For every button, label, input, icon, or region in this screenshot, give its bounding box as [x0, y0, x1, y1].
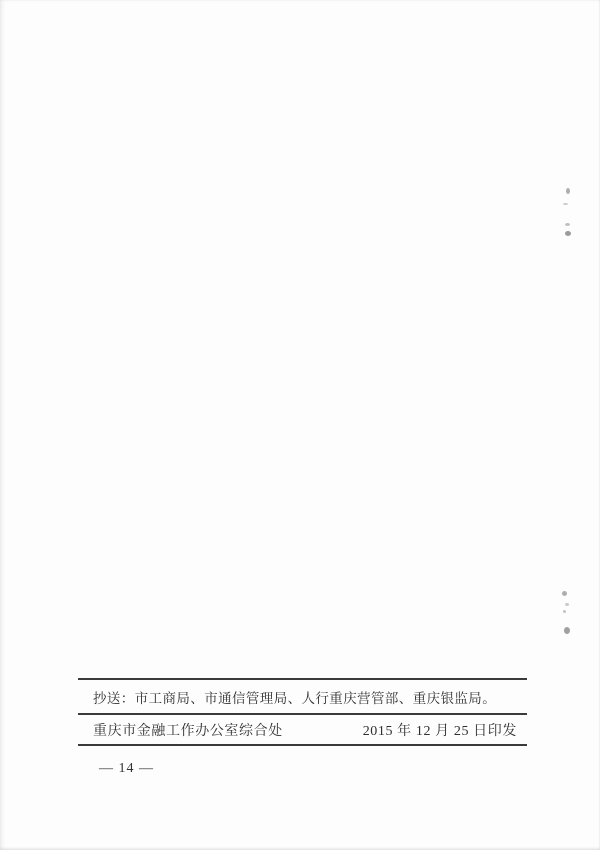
scan-speck: [562, 591, 567, 596]
document-page: 抄送： 市工商局、市通信管理局、人行重庆营管部、重庆银监局。 重庆市金融工作办公…: [0, 0, 600, 850]
document-footer: 抄送： 市工商局、市通信管理局、人行重庆营管部、重庆银监局。 重庆市金融工作办公…: [78, 678, 527, 746]
scan-speck: [563, 610, 566, 613]
copy-to-label: 抄送：: [93, 687, 135, 707]
issuing-office: 重庆市金融工作办公室综合处: [93, 720, 283, 740]
copy-to-line: 抄送： 市工商局、市通信管理局、人行重庆营管部、重庆银监局。: [78, 680, 527, 713]
scan-speck: [565, 231, 571, 236]
print-date: 2015 年 12 月 25 日印发: [363, 720, 517, 740]
issuer-line: 重庆市金融工作办公室综合处 2015 年 12 月 25 日印发: [78, 715, 527, 744]
scan-speck: [563, 203, 568, 205]
footer-rule-bottom: [78, 744, 527, 746]
scan-speck: [565, 603, 569, 606]
scan-speck: [566, 188, 570, 194]
copy-to-recipients: 市工商局、市通信管理局、人行重庆营管部、重庆银监局。: [135, 687, 496, 707]
scan-speck: [564, 627, 570, 634]
scan-speck: [565, 223, 570, 226]
page-number: — 14 —: [99, 761, 154, 777]
